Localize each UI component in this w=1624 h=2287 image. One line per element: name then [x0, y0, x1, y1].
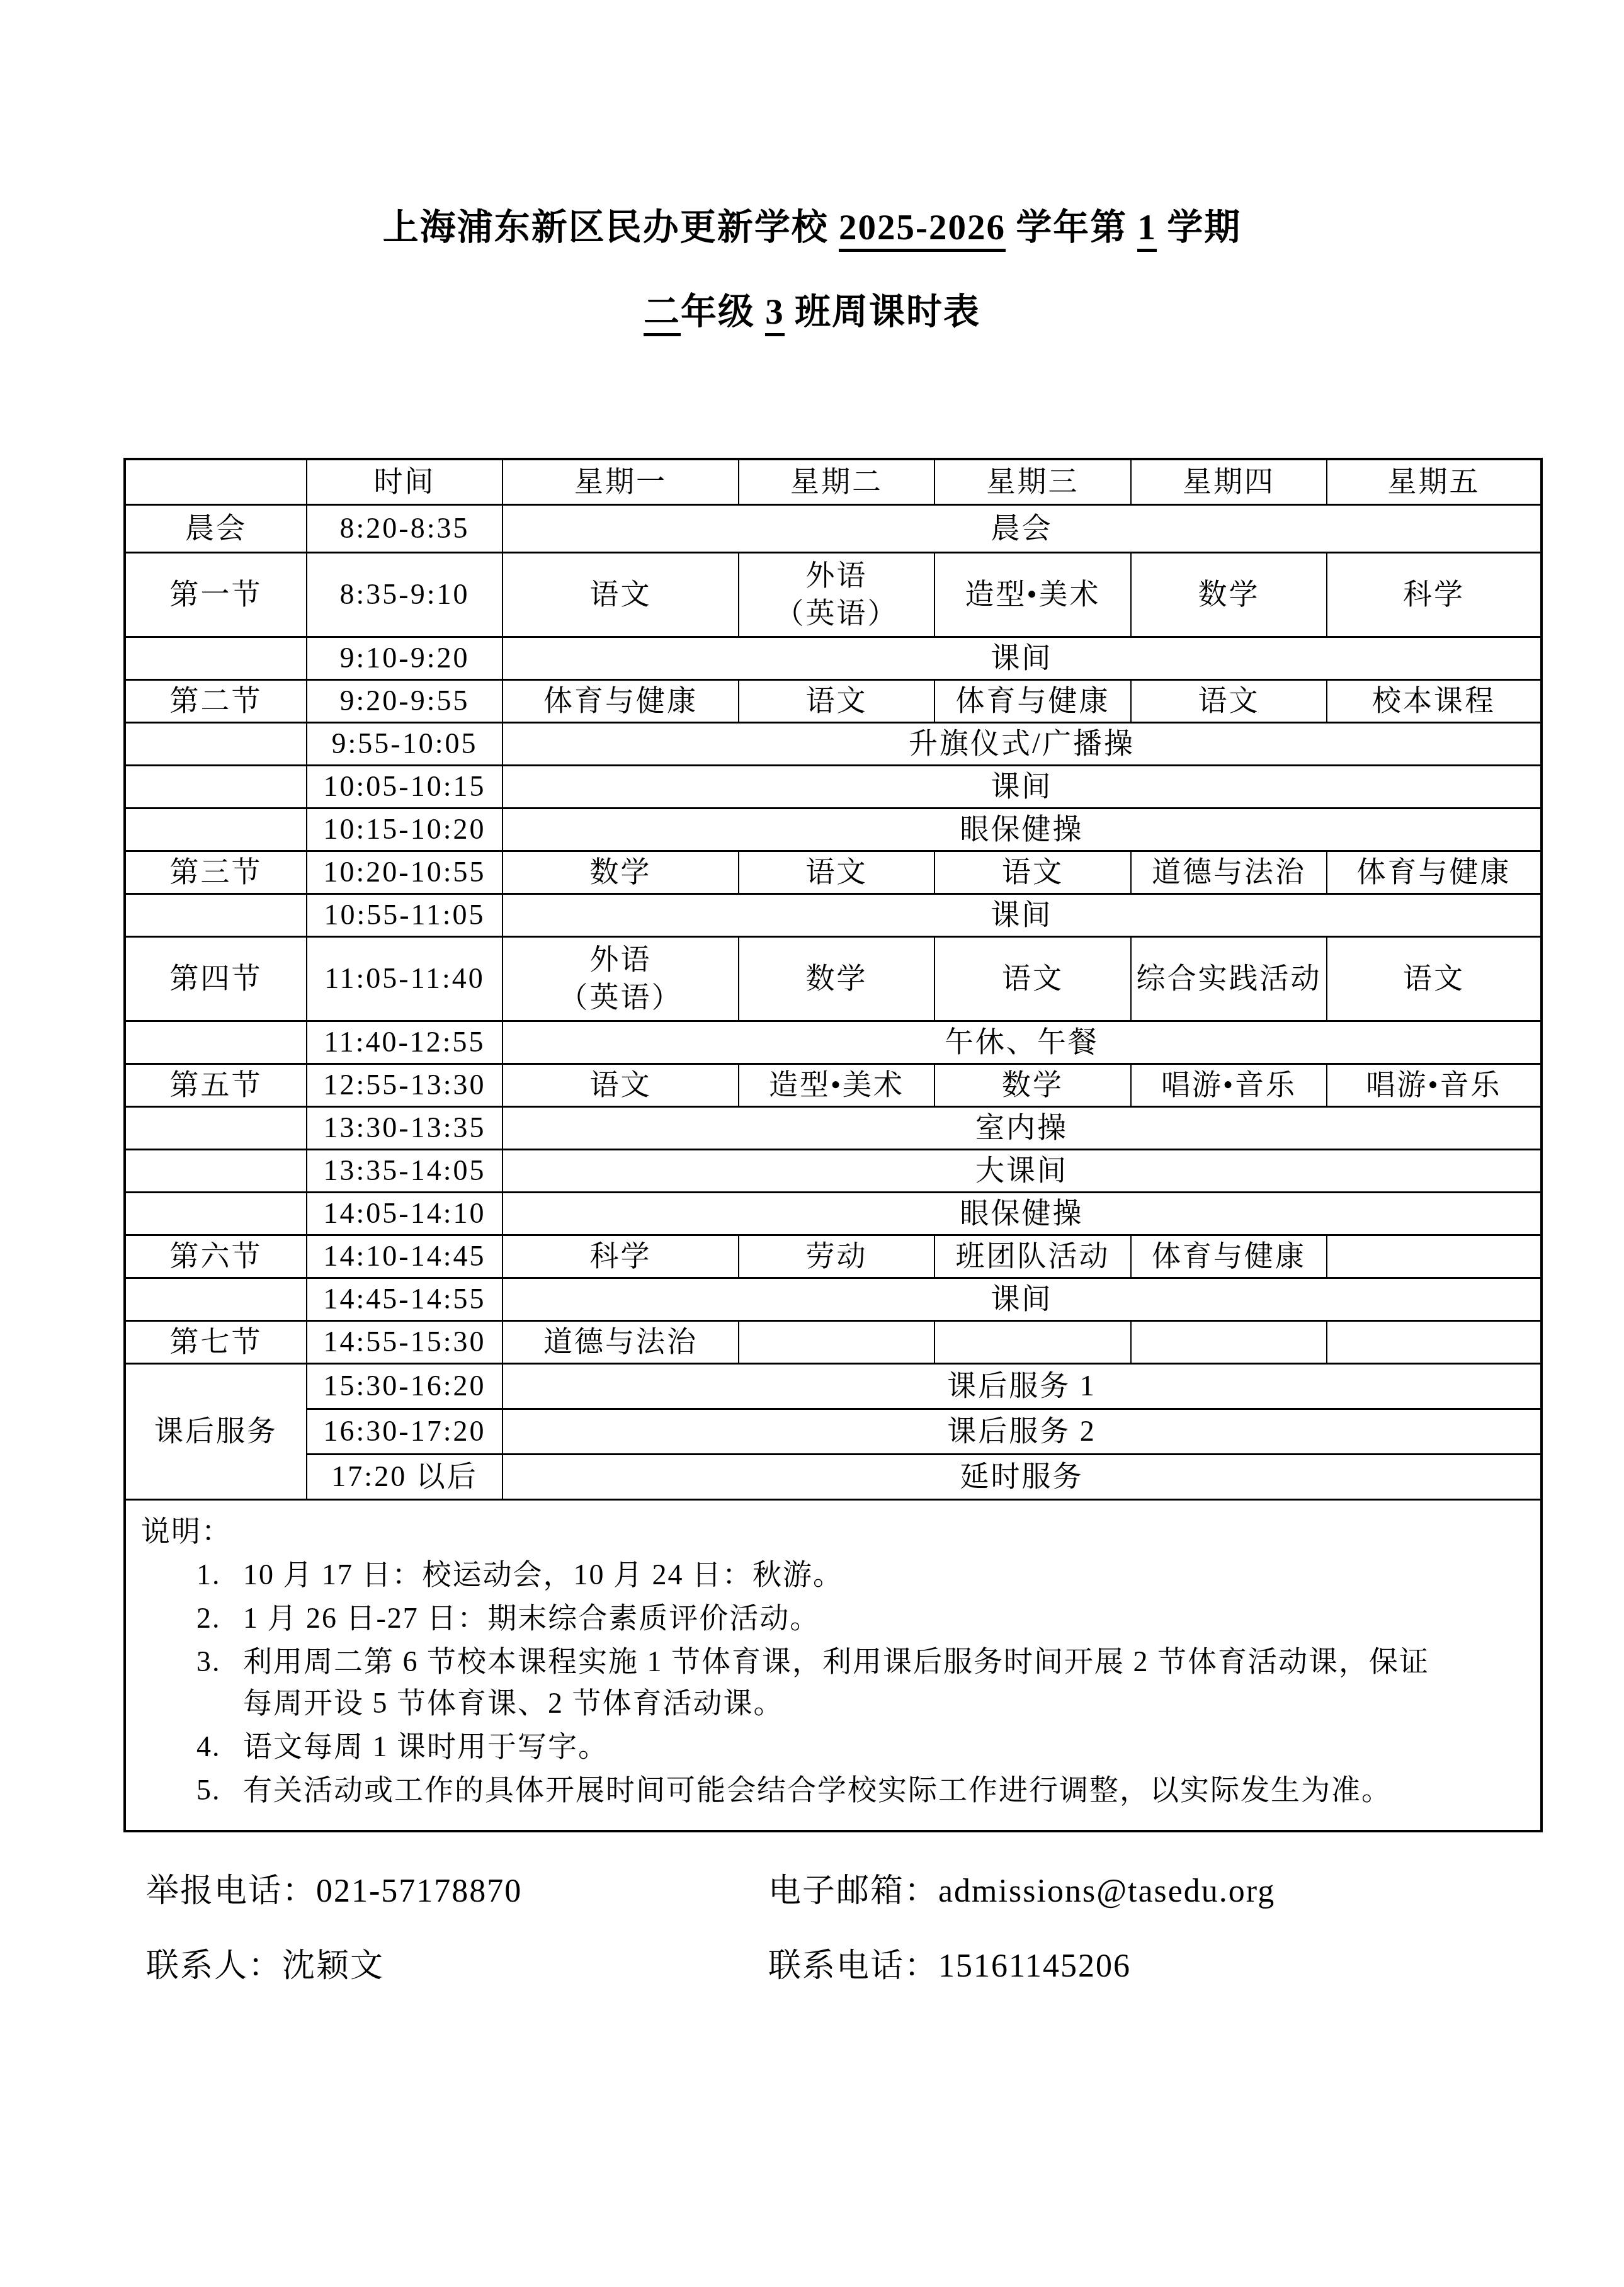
contact-footer: 举报电话：021-57178870 电子邮箱：admissions@tasedu… [146, 1864, 1624, 1986]
note-number: 4. [196, 1726, 243, 1767]
corner-cell [125, 459, 307, 504]
time-cell: 10:05-10:15 [307, 765, 503, 808]
subject-cell: 数学 [934, 1064, 1131, 1106]
subject-cell: 外语 （英语） [503, 936, 739, 1021]
subject-cell: 道德与法治 [1131, 851, 1327, 894]
section-cell: 第一节 [125, 552, 307, 637]
notes-section: 说明： 1. 10 月 17 日：校运动会，10 月 24 日：秋游。 2. 1… [125, 1499, 1542, 1831]
time-cell: 9:20-9:55 [307, 679, 503, 722]
section-cell: 课后服务 [125, 1363, 307, 1499]
note-text: 有关活动或工作的具体开展时间可能会结合学校实际工作进行调整，以实际发生为准。 [243, 1769, 1525, 1810]
time-cell: 14:45-14:55 [307, 1278, 503, 1320]
col-header-friday: 星期五 [1327, 459, 1542, 504]
subject-cell: 体育与健康 [1327, 851, 1542, 894]
note-text: 1 月 26 日-27 日：期末综合素质评价活动。 [243, 1597, 1525, 1638]
subject-cell: 数学 [503, 851, 739, 894]
subtitle-text: 年级 [681, 292, 765, 332]
section-cell: 第五节 [125, 1064, 307, 1106]
activity-span-cell: 大课间 [503, 1149, 1542, 1192]
time-cell: 17:20 以后 [307, 1454, 503, 1499]
footer-row: 举报电话：021-57178870 电子邮箱：admissions@tasedu… [146, 1864, 1624, 1911]
time-cell: 12:55-13:30 [307, 1064, 503, 1106]
subject-cell: 语文 [503, 1064, 739, 1106]
section-cell [125, 1106, 307, 1149]
section-cell: 第二节 [125, 679, 307, 722]
table-row: 10:15-10:20 眼保健操 [125, 808, 1542, 851]
table-row: 17:20 以后 延时服务 [125, 1454, 1542, 1499]
section-cell [125, 1149, 307, 1192]
activity-span-cell: 晨会 [503, 504, 1542, 552]
activity-span-cell: 眼保健操 [503, 1192, 1542, 1235]
subject-cell: 造型•美术 [934, 552, 1131, 637]
time-cell: 13:35-14:05 [307, 1149, 503, 1192]
section-cell [125, 1021, 307, 1064]
time-cell: 15:30-16:20 [307, 1363, 503, 1409]
section-cell: 第四节 [125, 936, 307, 1021]
title-text: 学期 [1157, 208, 1241, 247]
note-number: 1. [196, 1554, 243, 1595]
subject-cell: 造型•美术 [739, 1064, 934, 1106]
table-row: 13:35-14:05 大课间 [125, 1149, 1542, 1192]
subject-cell [1131, 1320, 1327, 1363]
activity-span-cell: 课间 [503, 1278, 1542, 1320]
time-cell: 14:55-15:30 [307, 1320, 503, 1363]
subject-cell [1327, 1320, 1542, 1363]
table-row: 14:45-14:55 课间 [125, 1278, 1542, 1320]
subtitle-underlined-class: 3 [765, 292, 785, 336]
note-number: 2. [196, 1597, 243, 1638]
note-text: 语文每周 1 课时用于写字。 [243, 1726, 1525, 1767]
subject-cell: 道德与法治 [503, 1320, 739, 1363]
subtitle-text: 班周课时表 [785, 292, 980, 332]
subject-cell: 班团队活动 [934, 1235, 1131, 1278]
report-phone: 举报电话：021-57178870 [146, 1864, 768, 1911]
document-subtitle: 二年级 3 班周课时表 [0, 283, 1624, 334]
time-cell: 8:20-8:35 [307, 504, 503, 552]
table-row: 14:05-14:10 眼保健操 [125, 1192, 1542, 1235]
col-header-tuesday: 星期二 [739, 459, 934, 504]
section-cell [125, 765, 307, 808]
section-cell: 晨会 [125, 504, 307, 552]
subtitle-underlined-grade: 二 [644, 292, 681, 336]
notes-label: 说明： [141, 1511, 1525, 1552]
note-text: 利用周二第 6 节校本课程实施 1 节体育课，利用课后服务时间开展 2 节体育活… [243, 1641, 1525, 1723]
activity-span-cell: 课后服务 1 [503, 1363, 1542, 1409]
section-cell: 第七节 [125, 1320, 307, 1363]
time-cell: 14:10-14:45 [307, 1235, 503, 1278]
table-row: 9:55-10:05 升旗仪式/广播操 [125, 722, 1542, 765]
col-header-time: 时间 [307, 459, 503, 504]
page: 上海浦东新区民办更新学校 2025-2026 学年第 1 学期 二年级 3 班周… [0, 198, 1624, 1986]
note-number: 5. [196, 1769, 243, 1810]
time-cell: 8:35-9:10 [307, 552, 503, 637]
notes-row: 说明： 1. 10 月 17 日：校运动会，10 月 24 日：秋游。 2. 1… [125, 1499, 1542, 1831]
activity-span-cell: 眼保健操 [503, 808, 1542, 851]
time-cell: 10:55-11:05 [307, 894, 503, 936]
time-cell: 11:05-11:40 [307, 936, 503, 1021]
time-cell: 10:20-10:55 [307, 851, 503, 894]
time-cell: 9:55-10:05 [307, 722, 503, 765]
footer-row: 联系人：沈颖文 联系电话：15161145206 [146, 1939, 1624, 1986]
note-item: 3. 利用周二第 6 节校本课程实施 1 节体育课，利用课后服务时间开展 2 节… [141, 1641, 1525, 1723]
subject-cell: 唱游•音乐 [1131, 1064, 1327, 1106]
time-cell: 10:15-10:20 [307, 808, 503, 851]
time-cell: 16:30-17:20 [307, 1409, 503, 1454]
subject-cell: 语文 [503, 552, 739, 637]
table-row: 第五节 12:55-13:30 语文 造型•美术 数学 唱游•音乐 唱游•音乐 [125, 1064, 1542, 1106]
note-text: 10 月 17 日：校运动会，10 月 24 日：秋游。 [243, 1554, 1525, 1595]
contact-person: 联系人：沈颖文 [146, 1939, 768, 1986]
table-row: 第二节 9:20-9:55 体育与健康 语文 体育与健康 语文 校本课程 [125, 679, 1542, 722]
subject-cell: 综合实践活动 [1131, 936, 1327, 1021]
table-row: 第一节 8:35-9:10 语文 外语 （英语） 造型•美术 数学 科学 [125, 552, 1542, 637]
table-row: 晨会 8:20-8:35 晨会 [125, 504, 1542, 552]
activity-span-cell: 延时服务 [503, 1454, 1542, 1499]
subject-cell: 校本课程 [1327, 679, 1542, 722]
activity-span-cell: 午休、午餐 [503, 1021, 1542, 1064]
subject-cell: 体育与健康 [1131, 1235, 1327, 1278]
section-cell: 第三节 [125, 851, 307, 894]
subject-cell: 唱游•音乐 [1327, 1064, 1542, 1106]
time-cell: 14:05-14:10 [307, 1192, 503, 1235]
title-text: 学年第 [1006, 208, 1138, 247]
activity-span-cell: 室内操 [503, 1106, 1542, 1149]
contact-phone: 联系电话：15161145206 [768, 1939, 1131, 1986]
activity-span-cell: 课后服务 2 [503, 1409, 1542, 1454]
table-row: 第七节 14:55-15:30 道德与法治 [125, 1320, 1542, 1363]
col-header-thursday: 星期四 [1131, 459, 1327, 504]
section-cell: 第六节 [125, 1235, 307, 1278]
table-row: 10:05-10:15 课间 [125, 765, 1542, 808]
activity-span-cell: 课间 [503, 765, 1542, 808]
section-cell [125, 1192, 307, 1235]
note-item: 4. 语文每周 1 课时用于写字。 [141, 1726, 1525, 1767]
activity-span-cell: 课间 [503, 894, 1542, 936]
activity-span-cell: 升旗仪式/广播操 [503, 722, 1542, 765]
title-underlined-term: 1 [1137, 208, 1157, 252]
table-row: 第四节 11:05-11:40 外语 （英语） 数学 语文 综合实践活动 语文 [125, 936, 1542, 1021]
col-header-wednesday: 星期三 [934, 459, 1131, 504]
table-row: 10:55-11:05 课间 [125, 894, 1542, 936]
subject-cell [739, 1320, 934, 1363]
note-number: 3. [196, 1641, 243, 1682]
document-title: 上海浦东新区民办更新学校 2025-2026 学年第 1 学期 [0, 198, 1624, 250]
subject-cell: 科学 [503, 1235, 739, 1278]
note-item: 2. 1 月 26 日-27 日：期末综合素质评价活动。 [141, 1597, 1525, 1638]
subject-cell [1327, 1235, 1542, 1278]
title-text: 上海浦东新区民办更新学校 [383, 208, 839, 247]
time-cell: 9:10-9:20 [307, 637, 503, 679]
table-row: 第六节 14:10-14:45 科学 劳动 班团队活动 体育与健康 [125, 1235, 1542, 1278]
title-underlined-year: 2025-2026 [839, 208, 1006, 252]
subject-cell: 劳动 [739, 1235, 934, 1278]
subject-cell: 体育与健康 [503, 679, 739, 722]
col-header-monday: 星期一 [503, 459, 739, 504]
subject-cell: 科学 [1327, 552, 1542, 637]
time-cell: 13:30-13:35 [307, 1106, 503, 1149]
subject-cell: 数学 [1131, 552, 1327, 637]
subject-cell: 语文 [1131, 679, 1327, 722]
section-cell [125, 637, 307, 679]
email: 电子邮箱：admissions@tasedu.org [768, 1864, 1275, 1911]
subject-cell: 语文 [934, 851, 1131, 894]
table-row: 11:40-12:55 午休、午餐 [125, 1021, 1542, 1064]
table-row: 9:10-9:20 课间 [125, 637, 1542, 679]
table-row: 课后服务 15:30-16:20 课后服务 1 [125, 1363, 1542, 1409]
subject-cell: 语文 [739, 851, 934, 894]
subject-cell: 外语 （英语） [739, 552, 934, 637]
header-row: 时间 星期一 星期二 星期三 星期四 星期五 [125, 459, 1542, 504]
note-item: 1. 10 月 17 日：校运动会，10 月 24 日：秋游。 [141, 1554, 1525, 1595]
section-cell [125, 1278, 307, 1320]
table-row: 第三节 10:20-10:55 数学 语文 语文 道德与法治 体育与健康 [125, 851, 1542, 894]
subject-cell: 语文 [934, 936, 1131, 1021]
timetable: 时间 星期一 星期二 星期三 星期四 星期五 晨会 8:20-8:35 晨会 第… [123, 458, 1543, 1832]
activity-span-cell: 课间 [503, 637, 1542, 679]
table-row: 13:30-13:35 室内操 [125, 1106, 1542, 1149]
subject-cell: 体育与健康 [934, 679, 1131, 722]
table-row: 16:30-17:20 课后服务 2 [125, 1409, 1542, 1454]
subject-cell: 数学 [739, 936, 934, 1021]
section-cell [125, 722, 307, 765]
time-cell: 11:40-12:55 [307, 1021, 503, 1064]
subject-cell [934, 1320, 1131, 1363]
note-item: 5. 有关活动或工作的具体开展时间可能会结合学校实际工作进行调整，以实际发生为准… [141, 1769, 1525, 1810]
subject-cell: 语文 [739, 679, 934, 722]
section-cell [125, 808, 307, 851]
subject-cell: 语文 [1327, 936, 1542, 1021]
section-cell [125, 894, 307, 936]
